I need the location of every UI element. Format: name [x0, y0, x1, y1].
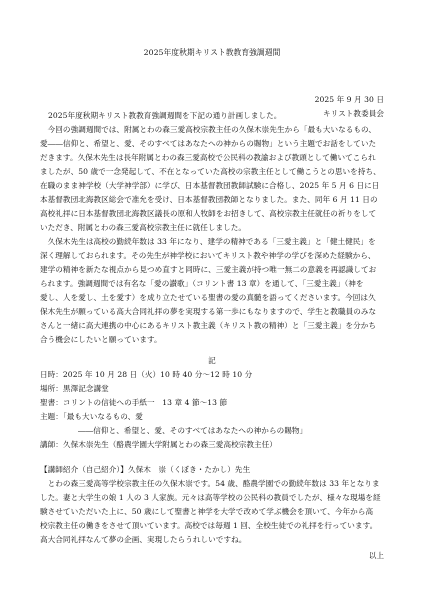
text-line: 在職のまま神学校（大学神学部）に学び、日本基督教団教師試験に合格し、2025 年…: [40, 181, 379, 191]
text-line: 合う機会にしたいと願っています。: [40, 335, 162, 345]
detail-theme: 主題：「最も大いなるもの、愛: [40, 412, 143, 422]
detail-speaker: 講師：久保木崇先生（酪農学園大学附属とわの森三愛高校宗教主任）: [40, 440, 277, 450]
text-line: だきます。久保木先生は長年附属とわの森三愛高校で公民科の教諭および教頭として働い…: [40, 153, 376, 163]
document-title: 2025年度秋期キリスト教教育強調週間: [0, 47, 424, 58]
text-line: 久保木先生は高校の勤続年数は 33 年になり、建学の精神である「三愛主義」と「健…: [40, 237, 376, 247]
detail-datetime: 日時：2025 年 10 月 28 日（火）10 時 40 分～12 時 10 …: [40, 370, 252, 380]
text-line: 建学の精神を新たな視点から見つめ直すと同時に、三愛主義が持つ唯一無二の意義を再認…: [40, 265, 376, 275]
text-line: 2025年度秋期キリスト教教育強調週間を下記の通り計画しました。: [48, 111, 281, 121]
text-line: 高校礼拝に日本基督教団北海教区議長の原和人牧師をお招きして、高校宗教主任就任の祈…: [40, 209, 376, 219]
text-line: 愛――信仰と、希望と、愛、そのすべてはあなたへの神からの賜物」という主題でお話を…: [40, 139, 376, 149]
document-date: 2025 年 9 月 30 日: [315, 95, 384, 105]
document-issuer: キリスト教委員会: [323, 109, 384, 119]
speaker-intro-heading: 【講師紹介（自己紹介）】久保木 崇（くぼき・たかし）先生: [40, 465, 250, 475]
detail-place: 場所：黒澤記念講堂: [40, 384, 109, 394]
ki-heading: 記: [0, 356, 424, 366]
detail-scripture: 聖書：コリントの信徒への手紙一 13 章 4 節～13 節: [40, 398, 227, 408]
text-line: 高大合同礼拝なんて夢の企画、実現したらうれしいですね。: [40, 535, 246, 545]
text-line: 今回の強調週間では、附属とわの森三愛高校宗教主任の久保木崇先生から「最も大いなる…: [40, 125, 376, 135]
text-line: いただき、附属とわの森三愛高校宗教主任に就任しました。: [40, 223, 246, 233]
text-line: とわの森三愛高等学校宗教主任の久保木崇です。54 歳、酪農学園での勤続年数は 3…: [40, 479, 380, 489]
text-line: 保木先生が願っている高大合同礼拝の夢を実現する第一歩にもなりますので、学生と教職…: [40, 307, 376, 317]
document-page: 2025年度秋期キリスト教教育強調週間 2025 年 9 月 30 日 キリスト…: [0, 0, 424, 600]
text-line: さんと一緒に高大連携の中心にあるキリスト教主義（キリスト教の精神）と「三愛主義」…: [40, 321, 376, 331]
text-line: 本基督教団北海教区総会で准允を受け、日本基督教団教師となりました。また、同年 6…: [40, 195, 378, 205]
text-line: ましたが、50 歳で一念発起して、不在となっていた高校の宗教主任として働こうとの…: [40, 167, 381, 177]
text-line: 愛し、人を愛し、土を愛す）を成り立たせている聖書の愛の真髄を語ってくださいます。…: [40, 293, 376, 303]
closing: 以上: [369, 551, 384, 561]
detail-theme-subtitle: ――信仰と、希望と、愛、そのすべてはあなたへの神からの賜物」: [78, 426, 307, 436]
text-line: 深く理解しておられます。その先生が神学校においてキリスト教や神学の学びを深めた経…: [40, 251, 376, 261]
text-line: した。妻と大学生の娘 1 人の 3 人家族。元々は高等学校の公民科の教員でしたが…: [40, 493, 381, 503]
text-line: 験させていただいた上に、50 歳にして聖書と神学を大学で改めて学ぶ機会を頂いて、…: [40, 507, 373, 517]
text-line: 校宗教主任の働きをさせて頂いています。高校では毎週 1 回、全校生徒での礼拝を行…: [40, 521, 377, 531]
text-line: られます。強調週間では有名な「愛の讃歌」（コリント書 13 章）を通して、「三愛…: [40, 279, 364, 289]
